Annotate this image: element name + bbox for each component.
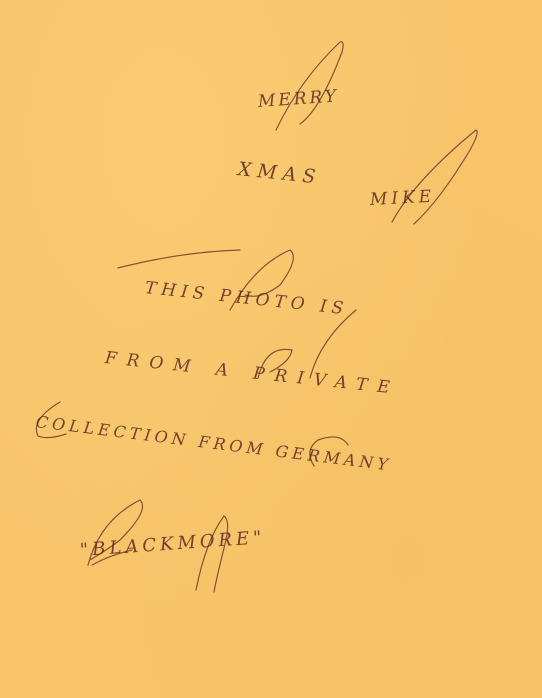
greeting-xmas: XMAS (237, 158, 323, 189)
recipient-name: MIKE (369, 187, 435, 210)
signature-blackmore: "BLACKMORE" (79, 527, 266, 561)
note-line-3: COLLECTION FROM GERMANY (35, 412, 393, 475)
note-line-1: THIS PHOTO IS (144, 278, 349, 319)
handwritten-note-paper: MERRY XMAS MIKE THIS PHOTO IS FROM A PRI… (0, 0, 542, 698)
note-line-2: FROM A PRIVATE (104, 348, 401, 399)
greeting-merry: MERRY (257, 86, 339, 112)
